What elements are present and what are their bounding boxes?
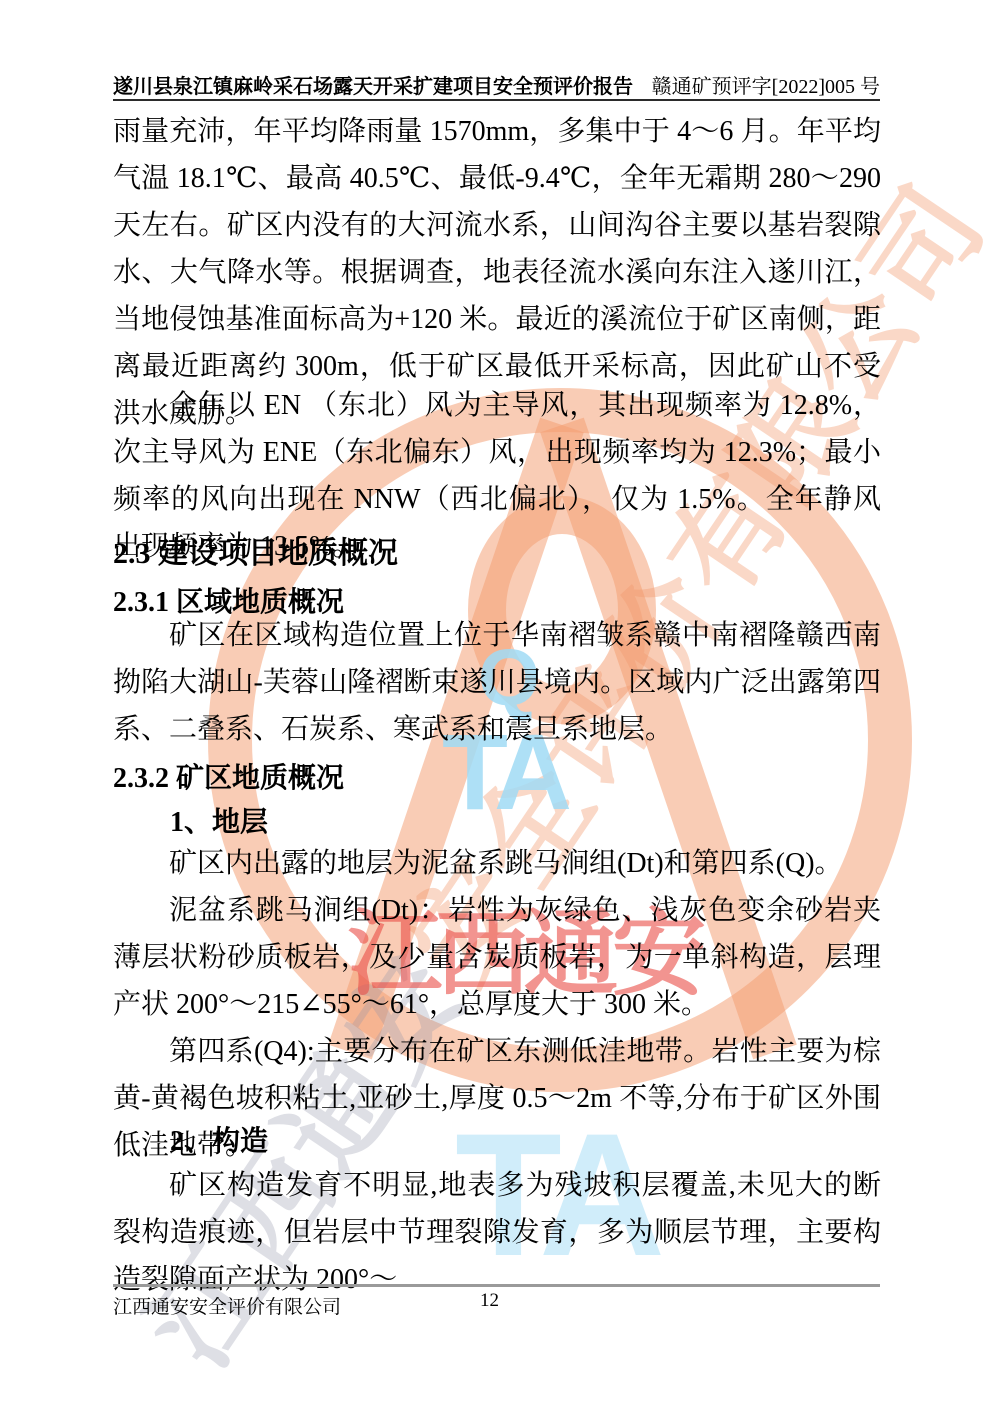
heading-strata: 1、地层 [170, 800, 268, 840]
report-page: 江西通安安全评价有限公司 Q TA TA 江西通安 遂川县泉江镇麻岭采石场露天开… [0, 0, 992, 1403]
document-content: 遂川县泉江镇麻岭采石场露天开采扩建项目安全预评价报告 赣通矿预评字[2022]0… [0, 0, 992, 1403]
footer-company-name: 江西通安安全评价有限公司 [113, 1292, 341, 1319]
paragraph-strata-intro: 矿区内出露的地层为泥盆系跳马涧组(Dt)和第四系(Q)。 [113, 840, 881, 887]
heading-structure: 2、构造 [170, 1119, 268, 1159]
paragraph-structure: 矿区构造发育不明显,地表多为残坡积层覆盖,未见大的断裂构造痕迹，但岩层中节理裂隙… [113, 1162, 881, 1303]
paragraph-devonian: 泥盆系跳马涧组(Dt)：岩性为灰绿色、浅灰色变余砂岩夹薄层状粉砂质板岩，及少量含… [113, 887, 881, 1028]
header-rule [113, 99, 880, 101]
footer-rule [113, 1284, 880, 1287]
heading-2-3-2: 2.3.2 矿区地质概况 [113, 756, 344, 796]
header-doc-number: 赣通矿预评字[2022]005 号 [652, 70, 880, 99]
footer-page-number: 12 [480, 1290, 499, 1312]
header-report-title: 遂川县泉江镇麻岭采石场露天开采扩建项目安全预评价报告 [113, 70, 633, 99]
heading-2-3: 2.3 建设项目地质概况 [113, 528, 398, 572]
paragraph-regional-geology: 矿区在区域构造位置上位于华南褶皱系赣中南褶隆赣西南拗陷大湖山-芙蓉山隆褶断束遂川… [113, 612, 881, 753]
